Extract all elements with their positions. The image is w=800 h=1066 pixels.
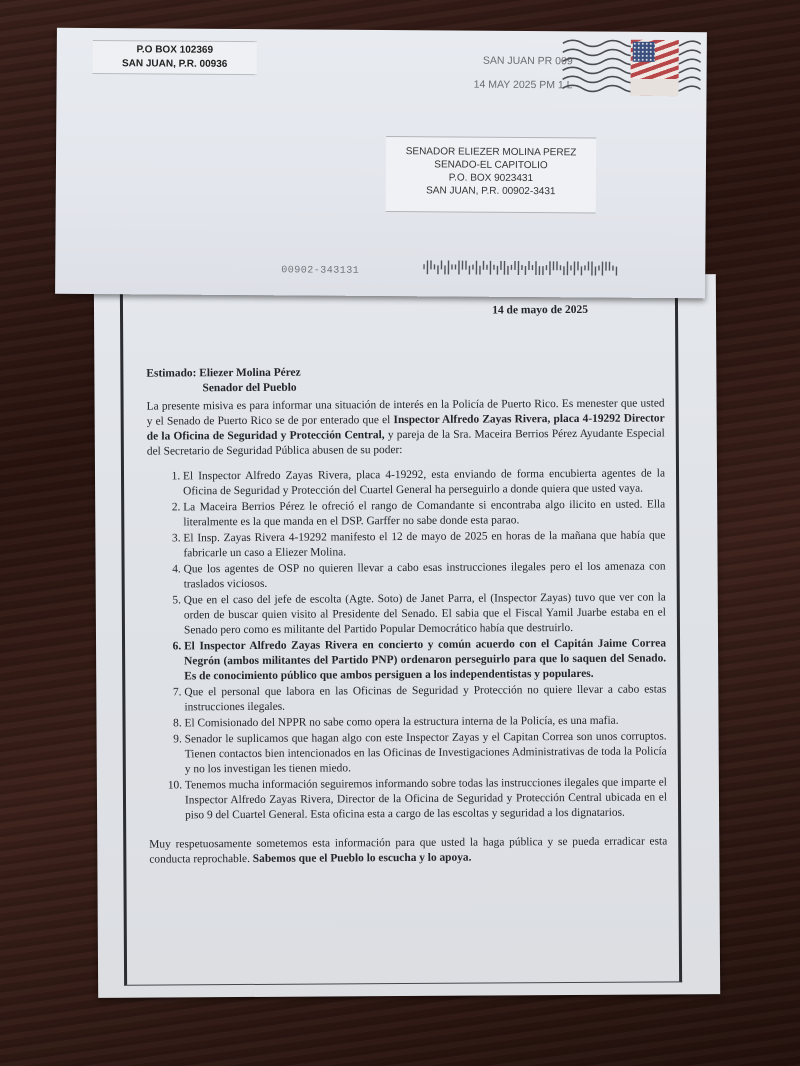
list-item: Senador le suplicamos que hagan algo con… xyxy=(185,729,667,777)
return-address-line: SAN JUAN, P.R. 00936 xyxy=(93,57,257,72)
list-item: El Comisionado del NPPR no sabe como ope… xyxy=(184,713,666,731)
barcode-number: 00902-343131 xyxy=(281,265,359,277)
postmark-date: 14 MAY 2025 PM 1 L xyxy=(422,72,572,97)
letter-sheet: 14 de mayo de 2025 Estimado: Eliezer Mol… xyxy=(94,274,720,998)
closing-paragraph: Muy respetuosamente sometemos esta infor… xyxy=(149,834,667,867)
salutation: Estimado: Eliezer Molina Pérez Senador d… xyxy=(146,363,664,396)
list-item: Tenemos mucha información seguiremos inf… xyxy=(185,775,667,823)
envelope: P.O BOX 102369 SAN JUAN, P.R. 00936 SAN … xyxy=(55,28,707,299)
allegations-list: El Inspector Alfredo Zayas Rivera, placa… xyxy=(147,466,667,823)
list-item: El Inspector Alfredo Zayas Rivera, placa… xyxy=(183,466,665,499)
list-item: La Maceira Berrios Pérez le ofreció el r… xyxy=(183,497,665,530)
us-flag-stamp-icon xyxy=(630,40,678,96)
letter-date: 14 de mayo de 2025 xyxy=(146,302,664,320)
list-item: El Insp. Zayas Rivera 4-19292 manifesto … xyxy=(183,528,665,561)
intro-paragraph: La presente misiva es para informar una … xyxy=(147,396,665,459)
stamp-canton xyxy=(633,42,655,62)
salutation-title: Senador del Pueblo xyxy=(146,378,664,396)
return-address-line: P.O BOX 102369 xyxy=(93,43,257,58)
closing-bold-text: Sabemos que el Pueblo lo escucha y lo ap… xyxy=(253,852,472,865)
recipient-address-line: SENADOR ELIEZER MOLINA PEREZ xyxy=(386,145,596,159)
postal-barcode-icon xyxy=(423,260,623,275)
postmark-location: SAN JUAN PR 009 xyxy=(423,48,573,73)
postmark: SAN JUAN PR 009 14 MAY 2025 PM 1 L xyxy=(422,48,572,97)
recipient-address-label: SENADOR ELIEZER MOLINA PEREZ SENADO-EL C… xyxy=(386,136,597,213)
list-item: Que el personal que labora en las Oficin… xyxy=(184,682,666,715)
letter-body: 14 de mayo de 2025 Estimado: Eliezer Mol… xyxy=(146,302,667,879)
return-address-label: P.O BOX 102369 SAN JUAN, P.R. 00936 xyxy=(93,40,257,75)
list-item: Que los agentes de OSP no quieren llevar… xyxy=(184,559,666,592)
list-item: Que en el caso del jefe de escolta (Agte… xyxy=(184,590,666,638)
recipient-address-line: SAN JUAN, P.R. 00902-3431 xyxy=(386,184,596,198)
list-item: El Inspector Alfredo Zayas Rivera en con… xyxy=(184,636,666,684)
